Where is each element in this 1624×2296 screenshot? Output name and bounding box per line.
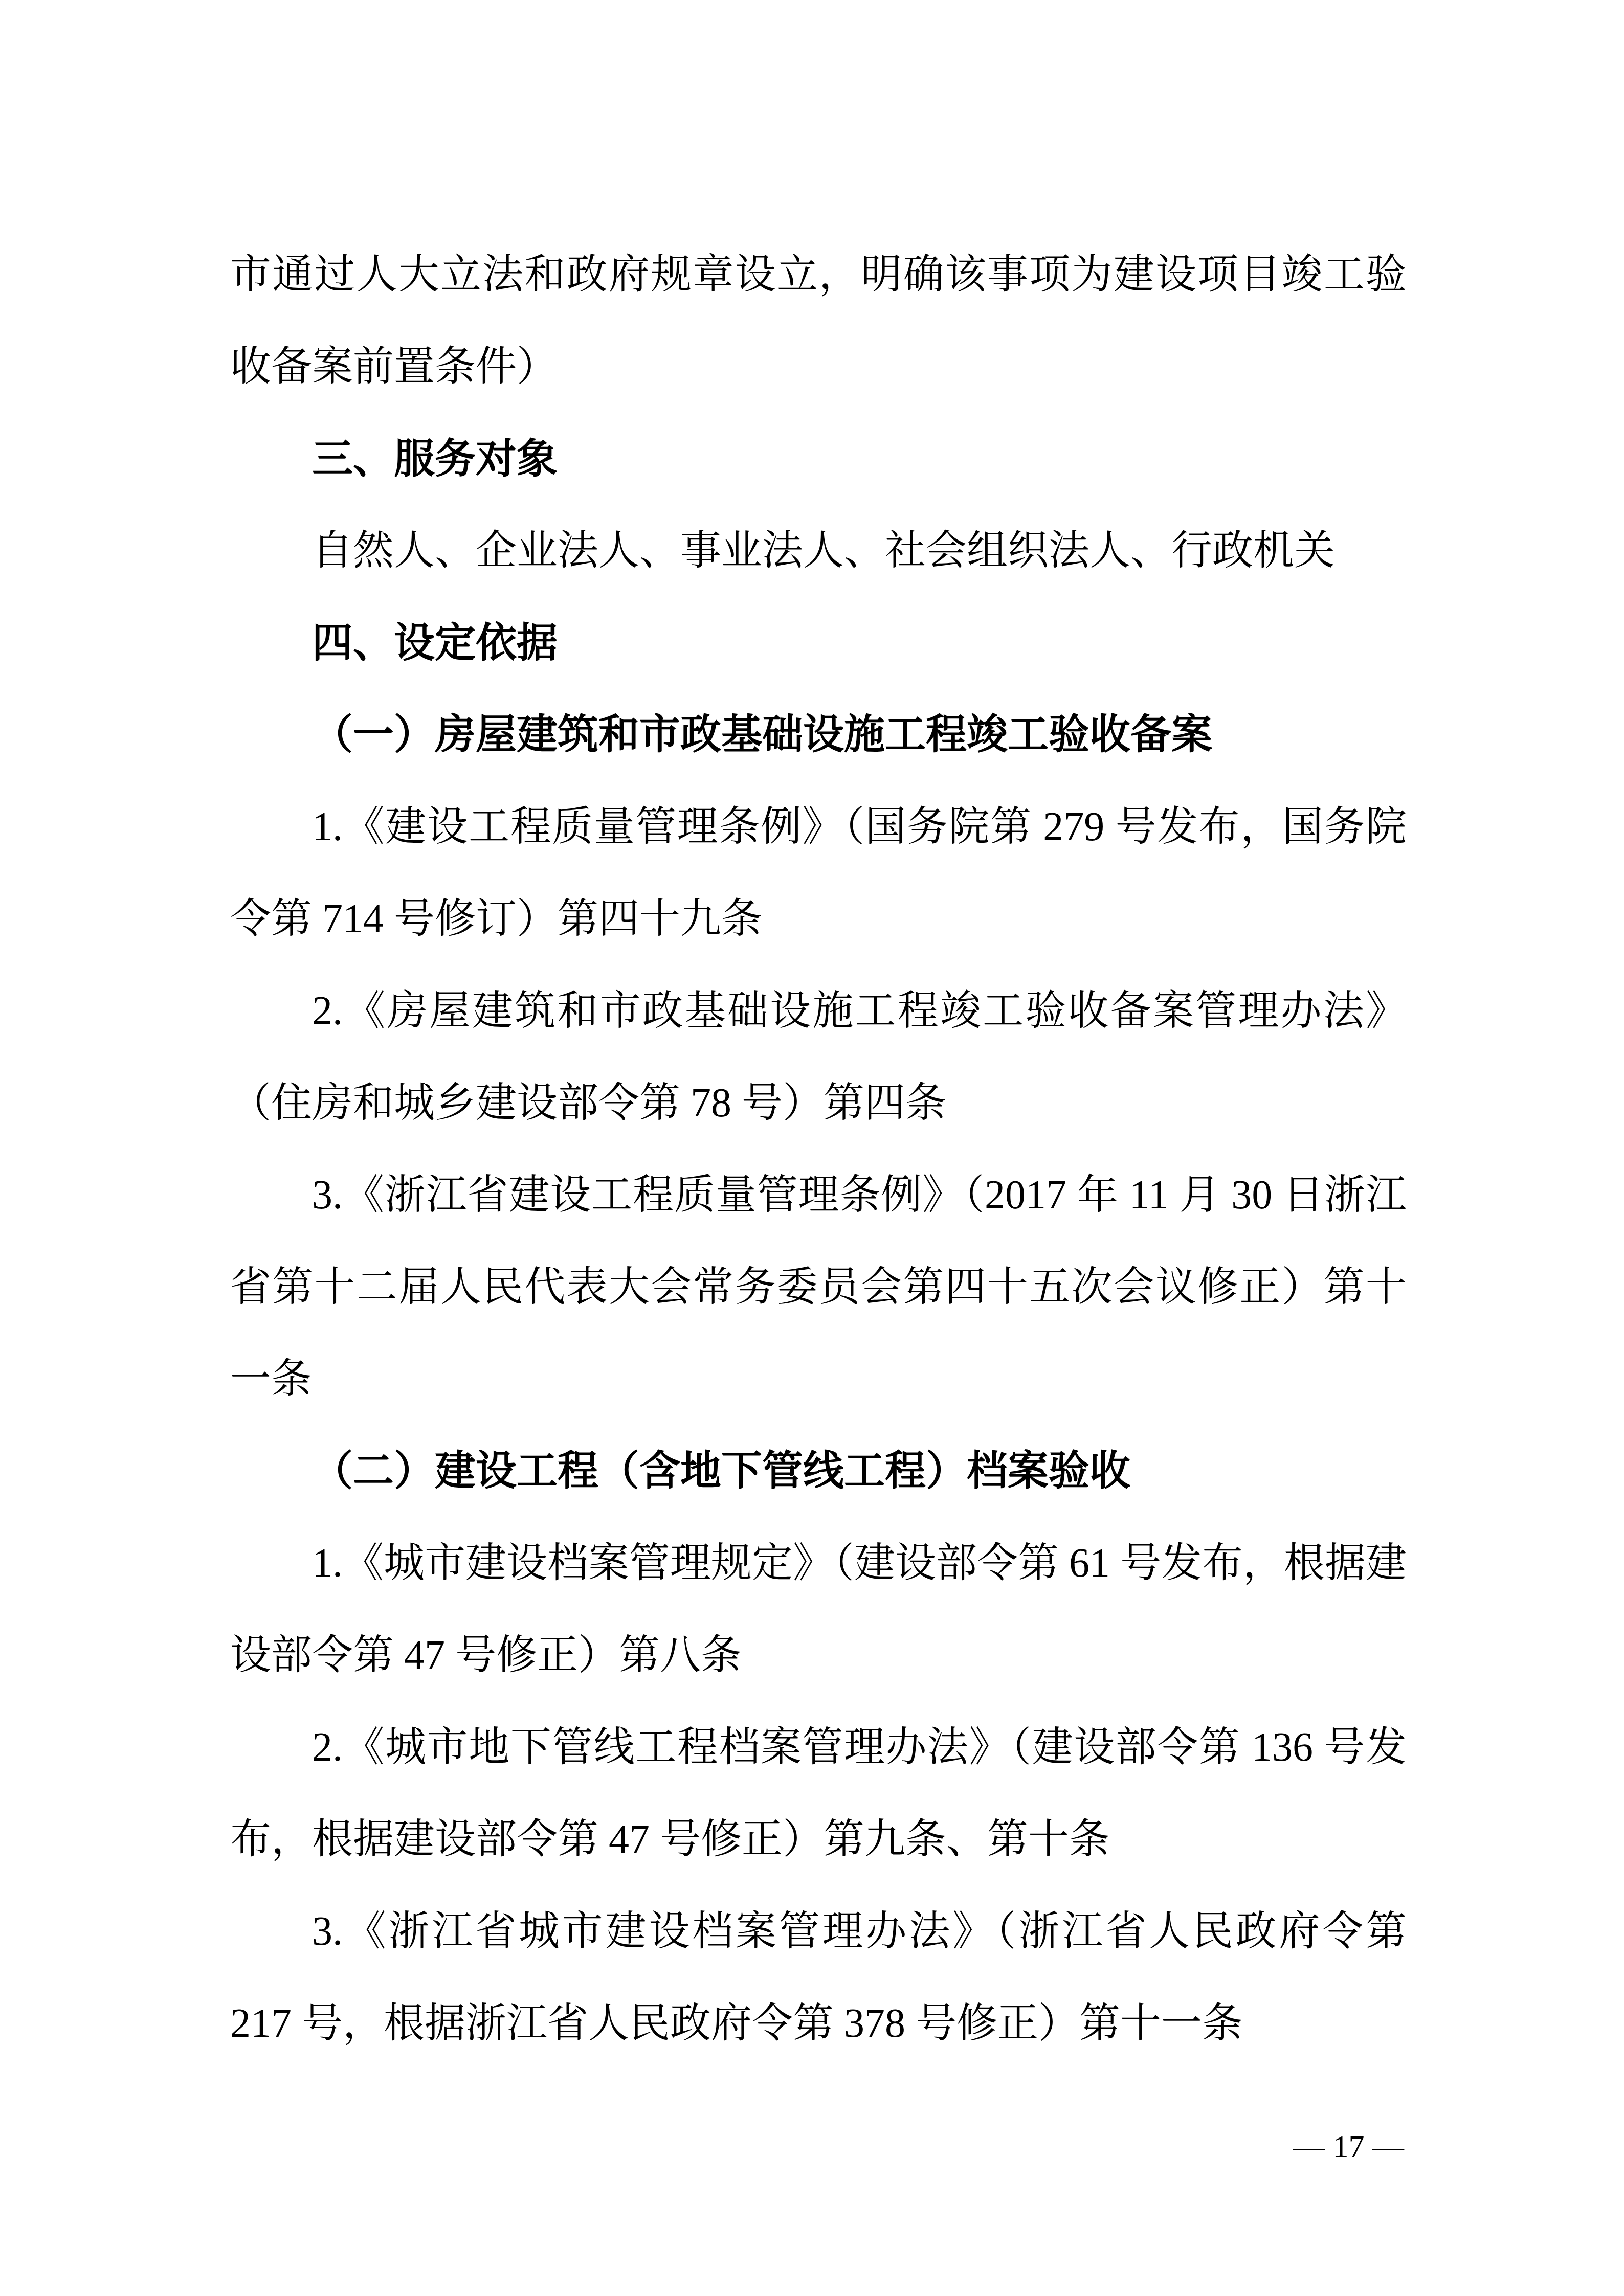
subsection-heading-archive-acceptance: （二）建设工程（含地下管线工程）档案验收 [230,1425,1407,1517]
paragraph-continuation: 市通过人大立法和政府规章设立，明确该事项为建设项目竣工验收备案前置条件） [230,229,1407,413]
legal-basis-item-2-1: 1.《城市建设档案管理规定》（建设部令第 61 号发布，根据建设部令第 47 号… [230,1517,1407,1701]
legal-basis-item-1-1: 1.《建设工程质量管理条例》（国务院第 279 号发布，国务院令第 714 号修… [230,781,1407,965]
legal-basis-item-1-2: 2.《房屋建筑和市政基础设施工程竣工验收备案管理办法》（住房和城乡建设部令第 7… [230,965,1407,1149]
legal-basis-item-1-3: 3.《浙江省建设工程质量管理条例》（2017 年 11 月 30 日浙江省第十二… [230,1149,1407,1425]
document-page: 市通过人大立法和政府规章设立，明确该事项为建设项目竣工验收备案前置条件） 三、服… [0,0,1624,2296]
legal-basis-item-2-3: 3.《浙江省城市建设档案管理办法》（浙江省人民政府令第 217 号，根据浙江省人… [230,1885,1407,2069]
legal-basis-item-2-2: 2.《城市地下管线工程档案管理办法》（建设部令第 136 号发布，根据建设部令第… [230,1701,1407,1885]
subsection-heading-completion-acceptance-filing: （一）房屋建筑和市政基础设施工程竣工验收备案 [230,689,1407,781]
paragraph-service-targets: 自然人、企业法人、事业法人、社会组织法人、行政机关 [230,505,1407,597]
page-number: — 17 — [1293,2126,1404,2167]
section-heading-legal-basis: 四、设定依据 [230,597,1407,689]
document-body: 市通过人大立法和政府规章设立，明确该事项为建设项目竣工验收备案前置条件） 三、服… [230,229,1407,2069]
section-heading-service-target: 三、服务对象 [230,413,1407,505]
